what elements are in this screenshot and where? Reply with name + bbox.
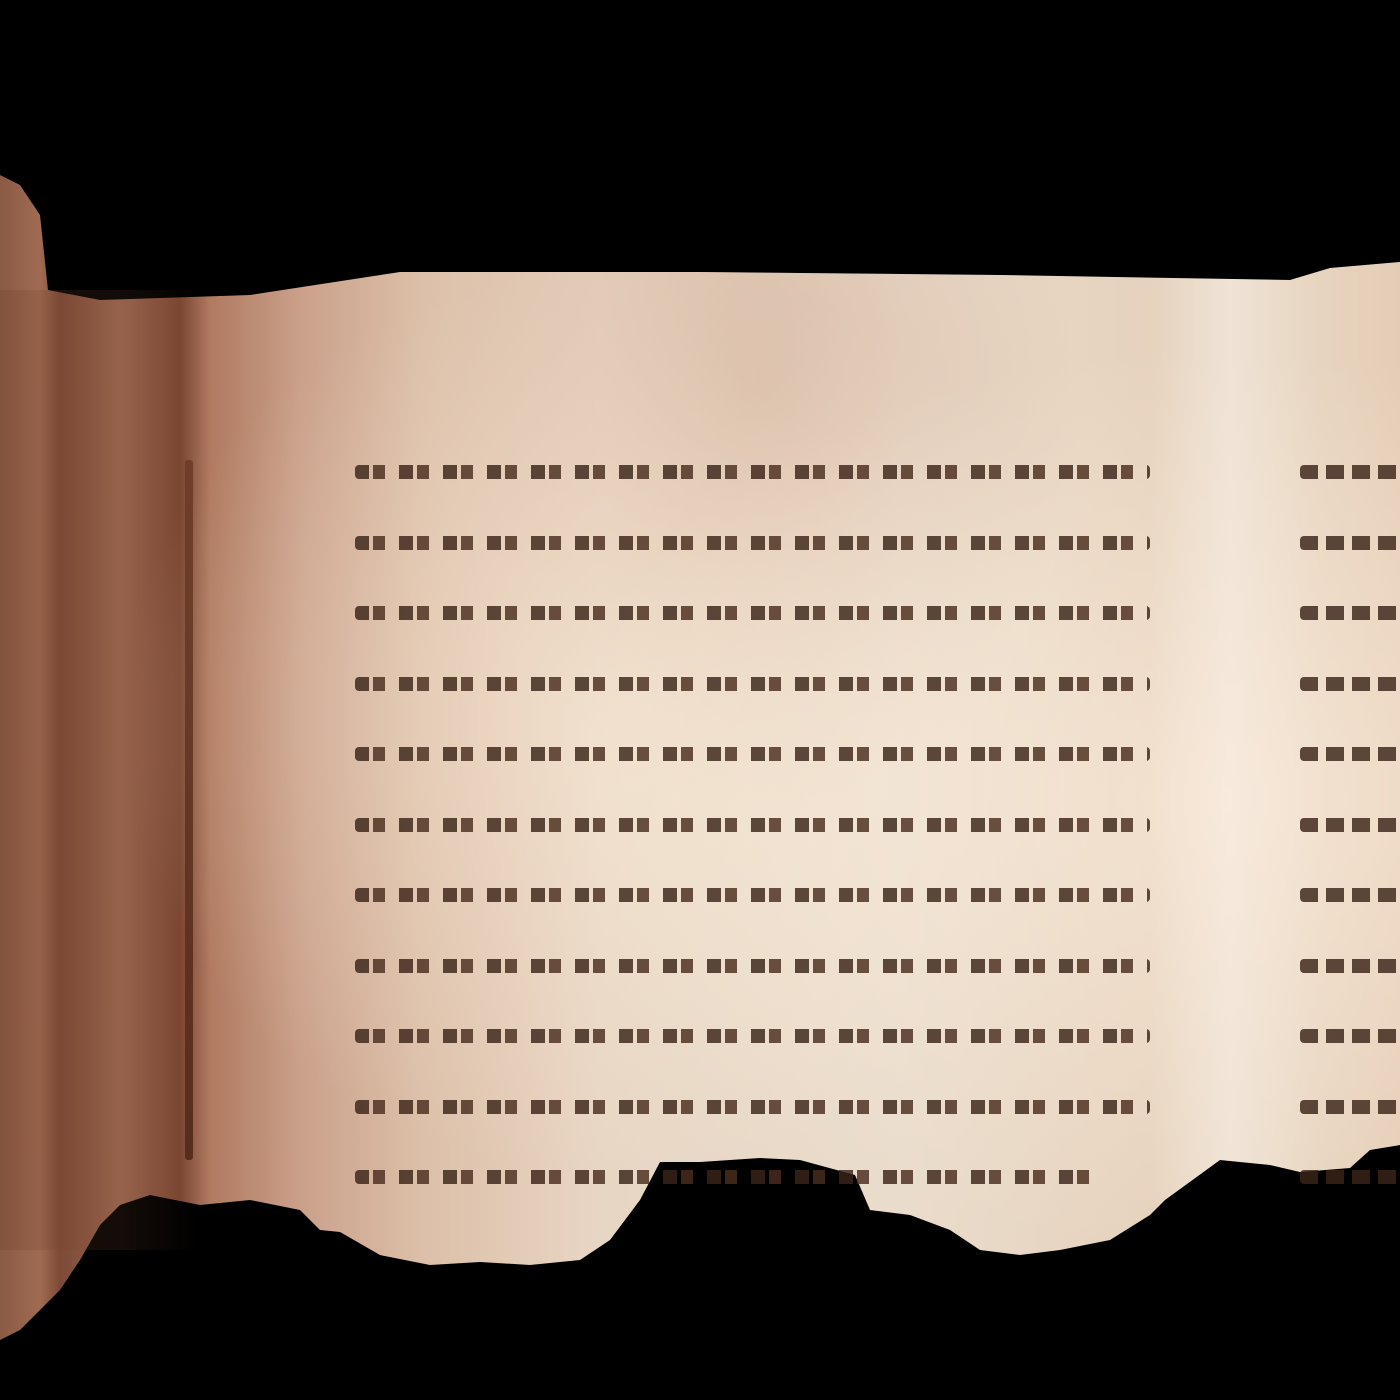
text-line (1300, 1100, 1400, 1114)
text-line (1300, 536, 1400, 550)
text-line (355, 606, 1150, 620)
scroll-photo (0, 0, 1400, 1400)
text-line (1300, 606, 1400, 620)
text-line (1300, 465, 1400, 479)
text-line (355, 677, 1150, 691)
text-line (1300, 677, 1400, 691)
text-line (1300, 747, 1400, 761)
text-line (355, 818, 1150, 832)
partial-right-column (1300, 465, 1400, 1241)
text-line (355, 465, 1150, 479)
main-text-column (355, 465, 1150, 1241)
text-line (1300, 888, 1400, 902)
text-line (1300, 959, 1400, 973)
text-line (355, 1100, 1150, 1114)
scroll-seam (185, 460, 193, 1160)
text-line (355, 959, 1150, 973)
text-line (355, 1170, 1095, 1184)
text-line (1300, 818, 1400, 832)
text-line (355, 888, 1150, 902)
text-line (355, 747, 1150, 761)
text-line (355, 1029, 1150, 1043)
text-line (1300, 1170, 1400, 1184)
text-line (1300, 1029, 1400, 1043)
text-line (355, 536, 1150, 550)
